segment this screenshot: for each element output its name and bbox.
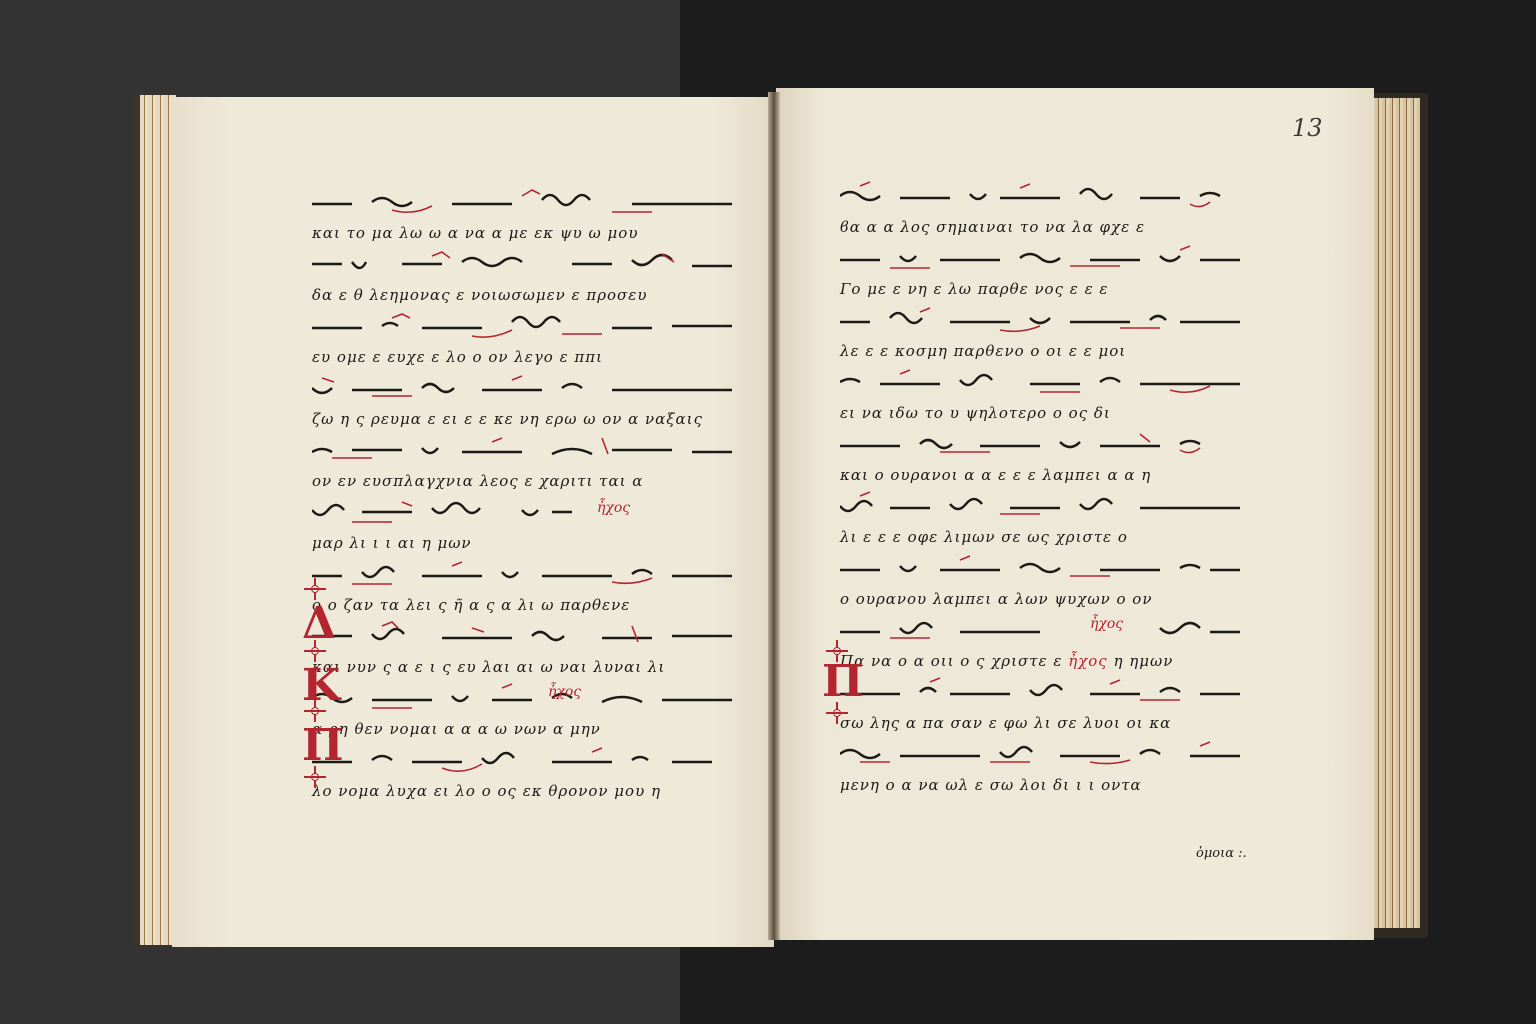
lyric-line: δα ε θ λεημονας ε νοιωσωμεν ε προσευ (312, 280, 732, 310)
lyric-line: Πα να ο α οιι ο ς χριστε ε ἦχος η ημων (840, 646, 1240, 676)
lyric-line: ο ο ζαν τα λει ς ῆ α ς α λι ω παρθενε (312, 590, 732, 620)
rubric-echos: ἦχος (597, 500, 630, 516)
lyric-line: ον εν ευσπλαγχνια λεος ε χαριτι ται α (312, 466, 732, 496)
decorative-cross-icon (304, 766, 326, 788)
page-edges-right (1368, 98, 1420, 928)
lyric-line: ζω η ς ρευμα ε ει ε ε κε νη ερω ω ον α ν… (312, 404, 732, 434)
lyric-line: Γο με ε νη ε λω παρθε νος ε ε ε (840, 274, 1240, 304)
neume-line: ἦχος (312, 496, 732, 526)
right-page-text: ϐα α α λος σημαιναι το να λα φχε ε Γο με… (840, 180, 1240, 800)
neume-line (312, 372, 732, 402)
lyric-line: λε ε ε κοσμη παρθενο ο οι ε ε μοι (840, 336, 1240, 366)
lyric-line: μαρ λι ι ι αι η μων (312, 528, 732, 558)
rubric-echos: ἦχος (1068, 652, 1108, 670)
lyric-line: α ρη θεν νομαι α α α ω νων α μην (312, 714, 732, 744)
lyric-line: ϐα α α λος σημαιναι το να λα φχε ε (840, 212, 1240, 242)
lyric-line: ο ουρανου λαμπει α λων ψυχων ο ον (840, 584, 1240, 614)
left-page-text: και το μα λω ω α να α με εκ ψυ ω μου δα … (312, 186, 732, 806)
lyric-line: μενη ο α να ωλ ε σω λοι δι ι ι οντα (840, 770, 1240, 800)
neume-line (312, 186, 732, 216)
lyric-line: ευ ομε ε ευχε ε λο ο ον λεγο ε ππι (312, 342, 732, 372)
lyric-line: ει να ιδω το υ ψηλοτερο ο ος δι (840, 398, 1240, 428)
neume-line (312, 558, 732, 588)
page-edges-left (140, 95, 176, 945)
lyric-line: λο νομα λυχα ει λο ο ος εκ θρονον μου η (312, 776, 732, 806)
neume-line (840, 552, 1240, 582)
decorative-cross-icon (304, 700, 326, 722)
neume-line (840, 428, 1240, 458)
folio-number: 13 (1292, 114, 1323, 142)
neume-line (312, 310, 732, 340)
lyric-line: και το μα λω ω α να α με εκ ψυ ω μου (312, 218, 732, 248)
neume-line (312, 744, 732, 774)
lyric-text: Πα να ο α οιι ο ς χριστε ε (840, 652, 1062, 670)
neume-line (840, 180, 1240, 210)
neume-line (840, 242, 1240, 272)
neume-line (840, 490, 1240, 520)
neume-line: ἦχος (312, 682, 732, 712)
neume-line (840, 676, 1240, 706)
lyric-line: και ο ουρανοι α α ε ε ε λαμπει α α η (840, 460, 1240, 490)
neume-line (840, 304, 1240, 334)
neume-line (312, 620, 732, 650)
neume-line: ἦχος (840, 614, 1240, 644)
ending-mark: ὁμοια :. (1196, 846, 1247, 861)
neume-line (840, 738, 1240, 768)
lyric-line: και νυν ς α ε ι ς ευ λαι αι ω ναι λυναι … (312, 652, 732, 682)
lyric-line: λι ε ε ε οφε λιμων σε ως χριστε ο (840, 522, 1240, 552)
neume-line (840, 366, 1240, 396)
decorative-cross-icon (304, 640, 326, 662)
rubric-echos: ἦχος (1090, 616, 1123, 632)
lyric-line: σω λης α πα σαν ε φω λι σε λυοι οι κα (840, 708, 1240, 738)
decorative-cross-icon (304, 578, 326, 600)
rubric-echos: ἦχος (548, 684, 581, 700)
red-initial: Π (822, 656, 864, 707)
lyric-text: η ημων (1114, 652, 1174, 670)
neume-line (312, 434, 732, 464)
decorative-cross-icon (826, 702, 848, 724)
red-initial: Π (302, 720, 344, 771)
neume-line (312, 248, 732, 278)
book-gutter (768, 92, 780, 940)
